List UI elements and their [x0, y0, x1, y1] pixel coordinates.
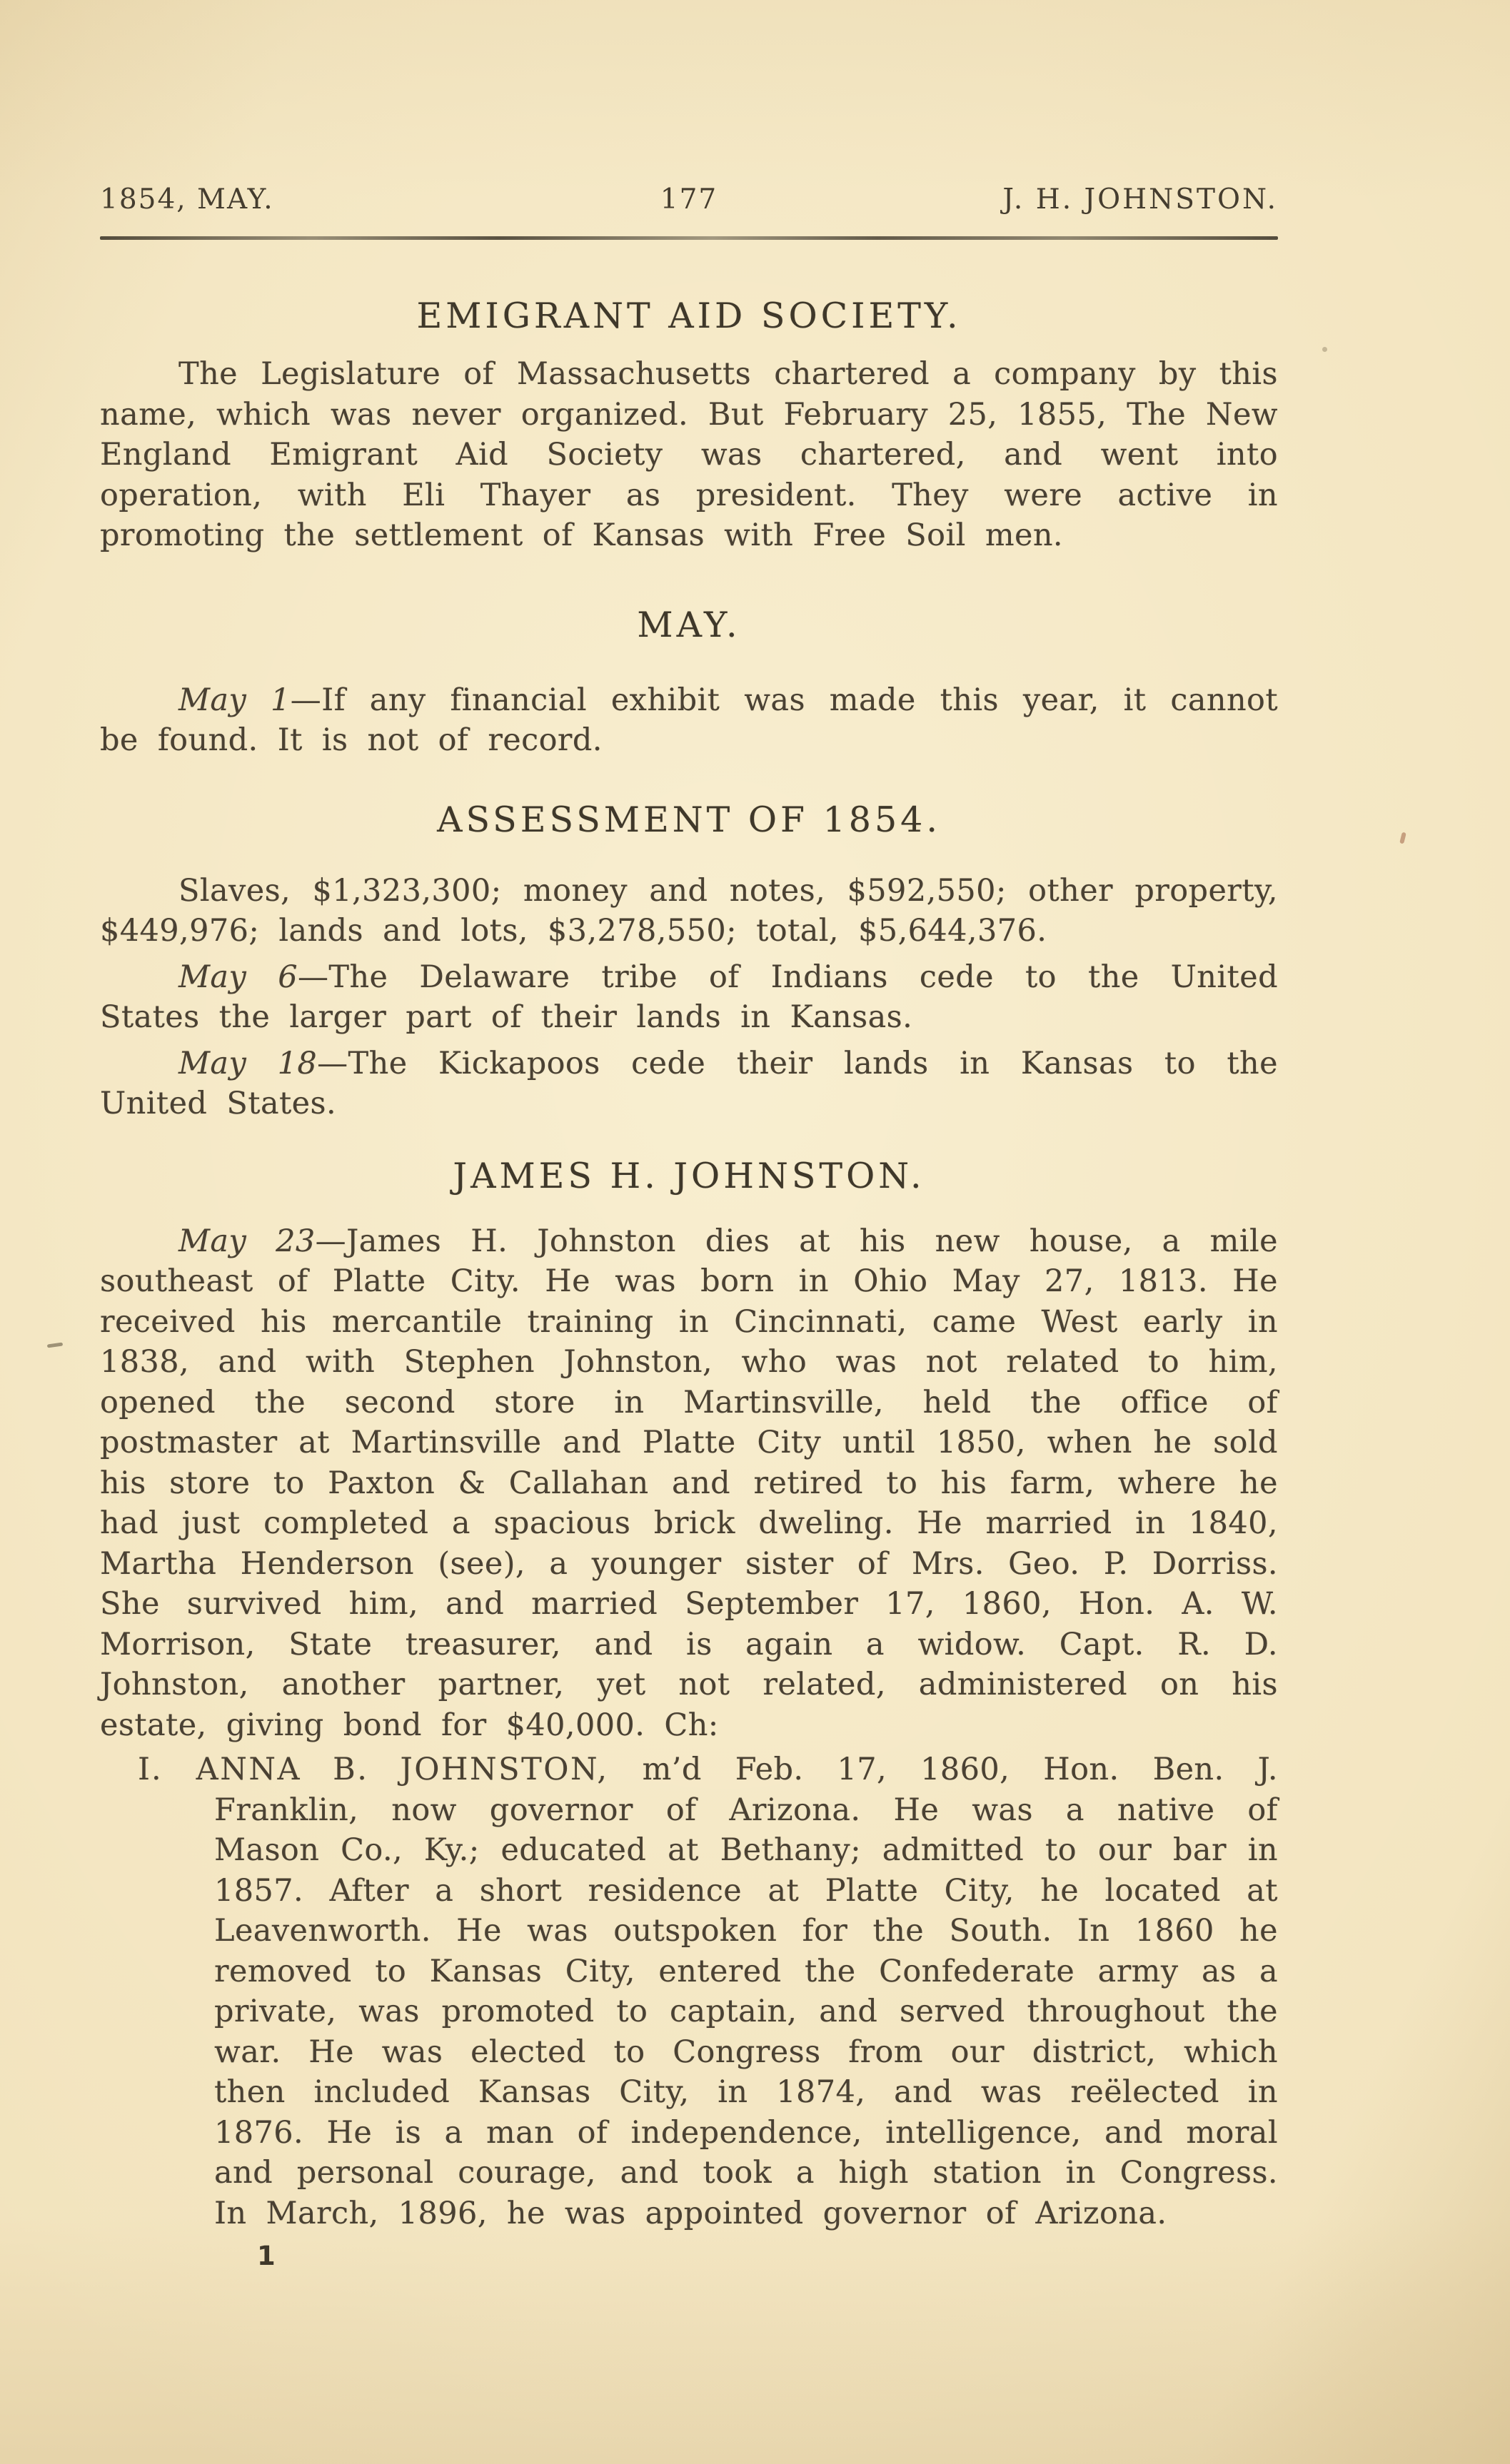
paper-speck — [1322, 347, 1327, 352]
section-heading-may: MAY. — [100, 606, 1278, 645]
entry-date-may-1: May 1 — [178, 682, 291, 718]
scanned-book-page: 1854, MAY. 177 J. H. JOHNSTON. EMIGRANT … — [0, 0, 1510, 2464]
section-heading-emigrant-aid-society: EMIGRANT AID SOCIETY. — [100, 297, 1278, 335]
margin-dash-mark — [47, 1342, 63, 1348]
page-number: 177 — [660, 182, 718, 218]
paragraph-assessment-values: Slaves, $1,323,300; money and notes, $59… — [100, 871, 1278, 951]
entry-may-23: May 23—James H. Johnston dies at his new… — [100, 1221, 1278, 1746]
child-text: m’d Feb. 17, 1860, Hon. Ben. J. Franklin… — [214, 1752, 1278, 2231]
signature-mark: 1 — [257, 2241, 1278, 2271]
entry-date-may-6: May 6 — [178, 959, 298, 995]
entry-may-1: May 1—If any financial exhibit was made … — [100, 680, 1278, 761]
entry-date-may-18: May 18 — [178, 1046, 317, 1081]
entry-may-6: May 6—The Delaware tribe of Indians cede… — [100, 957, 1278, 1038]
section-heading-james-h-johnston: JAMES H. JOHNSTON. — [100, 1157, 1278, 1196]
margin-speck-mark — [1399, 832, 1406, 844]
header-date: 1854, MAY. — [100, 182, 660, 218]
paragraph-emigrant-aid-society: The Legislature of Massachusetts charter… — [100, 354, 1278, 556]
section-heading-assessment-1854: ASSESSMENT OF 1854. — [100, 801, 1278, 839]
header-name: J. H. JOHNSTON. — [718, 182, 1278, 218]
header-rule — [100, 236, 1278, 240]
entry-text-may-23: —James H. Johnston dies at his new house… — [100, 1223, 1278, 1743]
entry-date-may-23: May 23 — [178, 1223, 316, 1259]
child-numeral: I. — [138, 1752, 163, 1787]
entry-may-18: May 18—The Kickapoos cede their lands in… — [100, 1044, 1278, 1124]
child-name: ANNA B. JOHNSTON, — [196, 1752, 609, 1787]
child-item-anna-b-johnston: I. ANNA B. JOHNSTON, m’d Feb. 17, 1860, … — [214, 1749, 1278, 2233]
page-content: 1854, MAY. 177 J. H. JOHNSTON. EMIGRANT … — [100, 182, 1278, 2271]
running-header: 1854, MAY. 177 J. H. JOHNSTON. — [100, 182, 1278, 218]
